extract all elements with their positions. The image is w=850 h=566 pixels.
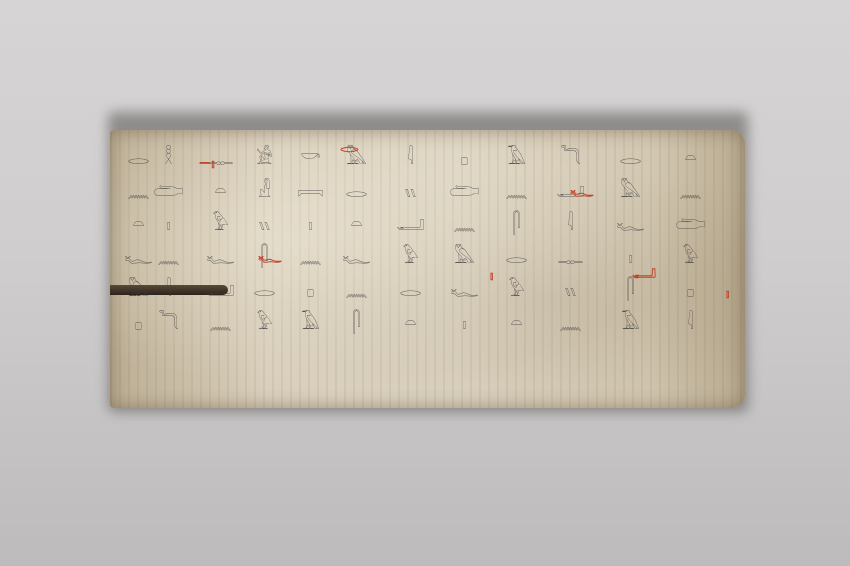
script-column: 𓎛𓂧𓏤𓈖𓇋𓆓	[154, 140, 178, 338]
red-correction-mark: −𓏤	[198, 148, 215, 174]
writing-board: 𓂋𓈖𓏏𓆑𓅓𓊪 𓎛𓂧𓏤𓈖𓇋𓆓 𓊃𓏏𓅱𓆑𓂝𓈖 𓀀𓁐𓏭𓋴𓂋𓅱 𓎡𓇯𓏤𓈖𓊪𓄿 𓅓𓂋𓏏𓆑𓈖…	[110, 130, 745, 408]
red-correction-mark: 𓂝	[632, 258, 656, 284]
red-correction-mark: 𓆑	[258, 242, 282, 268]
red-correction-mark: 𓂋	[340, 132, 359, 158]
script-column: 𓅓𓂋𓏏𓆑𓈖𓋴	[342, 140, 366, 338]
red-correction-mark: 𓏤	[490, 260, 493, 286]
script-column: 𓎡𓇯𓏤𓈖𓊪𓄿	[296, 140, 320, 338]
red-correction-mark: 𓏤	[726, 278, 729, 304]
script-column: 𓄿𓈖𓋴𓂋𓅱𓏏	[502, 140, 526, 338]
script-column: 𓏏𓈖𓂧𓅱𓊪𓇋	[676, 140, 700, 338]
red-correction-mark: 𓆑	[570, 176, 594, 202]
script-column: 𓆓𓂝𓇋𓊃𓏭𓈖	[556, 140, 580, 338]
script-column: 𓊪𓂧𓈖𓅓𓆑𓏤	[450, 140, 474, 338]
script-column: 𓀀𓁐𓏭𓋴𓂋𓅱	[250, 140, 274, 338]
script-column: 𓂋𓅓𓆑𓏤𓋴𓄿	[616, 140, 640, 338]
script-column: 𓂋𓈖𓏏𓆑𓅓𓊪	[124, 140, 148, 338]
script-column: 𓇋𓏭𓂝𓅱𓂋𓏏	[396, 140, 420, 338]
